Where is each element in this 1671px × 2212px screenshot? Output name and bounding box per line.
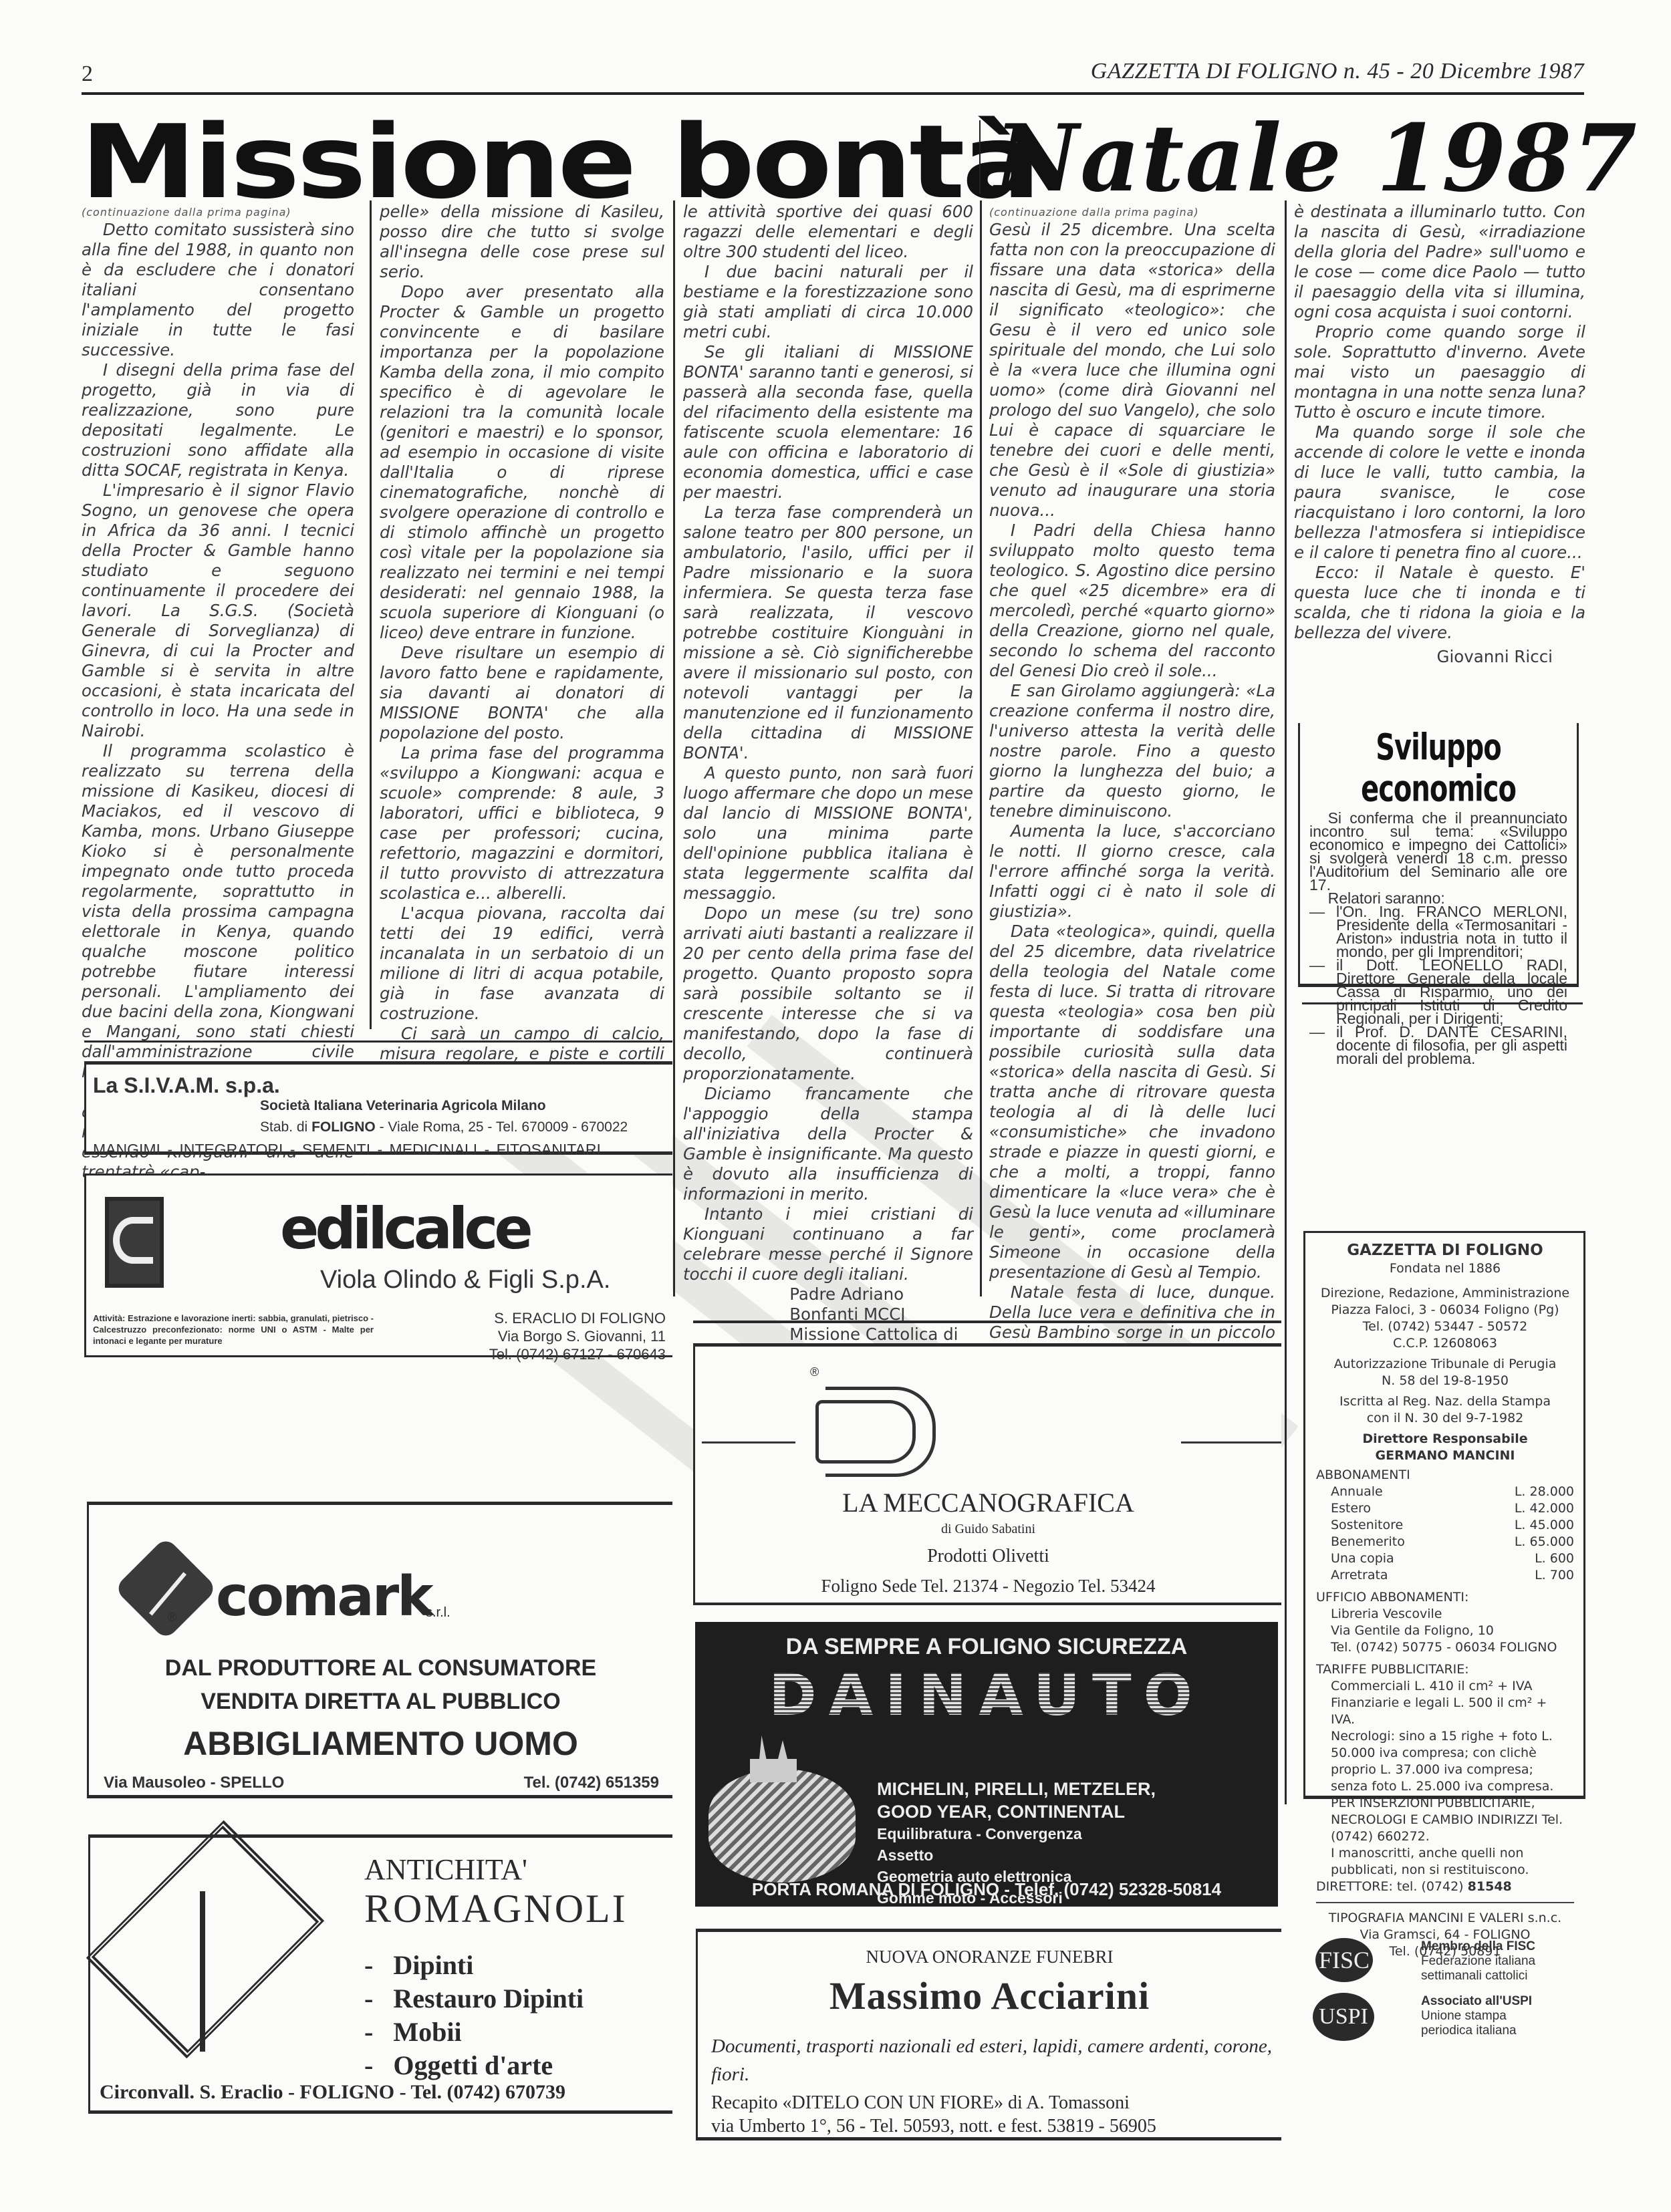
masthead: GAZZETTA DI FOLIGNO n. 45 - 20 Dicembre … bbox=[1091, 59, 1584, 84]
rate-line: Necrologi: sino a 15 righe + foto L. 50.… bbox=[1316, 1728, 1574, 1795]
paragraph: Gesù il 25 dicembre. Una scelta fatta no… bbox=[989, 220, 1275, 521]
subscription-row: EsteroL. 42.000 bbox=[1316, 1500, 1574, 1517]
rate-line: Finanziarie e legali L. 500 il cm² + IVA… bbox=[1316, 1695, 1574, 1728]
paragraph: le attività sportive dei quasi 600 ragaz… bbox=[683, 202, 973, 262]
paragraph: A questo punto, non sarà fuori luogo aff… bbox=[683, 763, 973, 904]
comark-headline: ABBIGLIAMENTO UOMO bbox=[89, 1724, 672, 1763]
dainauto-headline: DA SEMPRE A FOLIGNO SICUREZZA bbox=[695, 1634, 1278, 1660]
subscription-row: SostenitoreL. 45.000 bbox=[1316, 1517, 1574, 1534]
relatore: —l'On. Ing. FRANCO MERLONI, Presidente d… bbox=[1309, 905, 1567, 958]
membership-line: Unione stampa bbox=[1421, 2009, 1532, 2024]
office-label: UFFICIO ABBONAMENTI: bbox=[1316, 1589, 1574, 1606]
meccanografica-products: Prodotti Olivetti bbox=[695, 1546, 1281, 1567]
continuation-note: (continuazione dalla prima pagina) bbox=[989, 205, 1275, 220]
rates-label: TARIFFE PUBBLICITARIE: bbox=[1316, 1661, 1574, 1678]
column-rule bbox=[673, 200, 675, 1296]
edilcalce-logo-letter bbox=[113, 1217, 153, 1264]
subscription-row: AnnualeL. 28.000 bbox=[1316, 1484, 1574, 1500]
gazzetta-title: GAZZETTA DI FOLIGNO bbox=[1316, 1242, 1574, 1259]
printer-line: TIPOGRAFIA MANCINI E VALERI s.n.c. bbox=[1316, 1910, 1574, 1927]
column-rule bbox=[980, 200, 982, 1296]
romagnoli-logo-icon bbox=[86, 1820, 324, 2058]
rule-left bbox=[702, 1441, 795, 1443]
founded-year: Fondata nel 1886 bbox=[1316, 1260, 1574, 1277]
paragraph: L'acqua piovana, raccolta dai tetti dei … bbox=[380, 904, 664, 1024]
paragraph: Ecco: il Natale è questo. E' questa luce… bbox=[1294, 563, 1585, 643]
rate-line: PER INSERZIONI PUBBLICITARIE, NECROLOGI … bbox=[1316, 1795, 1574, 1845]
meccanografica-phones: Foligno Sede Tel. 21374 - Negozio Tel. 5… bbox=[695, 1576, 1281, 1597]
edilcalce-address-line: Tel. (0742) 67127 - 670643 bbox=[489, 1345, 666, 1363]
registered-mark: ® bbox=[168, 1611, 176, 1625]
office-line: Tel. (0742) 50775 - 06034 FOLIGNO bbox=[1316, 1639, 1574, 1656]
column-rule bbox=[370, 200, 372, 1029]
ad-comark: ® comark s.r.l. DAL PRODUTTORE AL CONSUM… bbox=[87, 1502, 672, 1798]
acciarini-name: Massimo Acciarini bbox=[698, 1973, 1281, 2018]
comark-phone: Tel. (0742) 651359 bbox=[524, 1774, 659, 1792]
sivam-products: MANGIMI - INTEGRATORI - SEMENTI - MEDICI… bbox=[93, 1141, 666, 1159]
membership-line: Federazione italiana bbox=[1421, 1954, 1535, 1969]
registration-line: Iscritta al Reg. Naz. della Stampa bbox=[1316, 1393, 1574, 1410]
paragraph: E san Girolamo aggiungerà: «La creazione… bbox=[989, 681, 1275, 821]
article-missione-col1: (continuazione dalla prima pagina) Detto… bbox=[82, 205, 354, 1182]
address-line: Direzione, Redazione, Amministrazione bbox=[1316, 1285, 1574, 1302]
comark-tagline: VENDITA DIRETTA AL PUBBLICO bbox=[89, 1689, 672, 1715]
subscription-row: BenemeritoL. 65.000 bbox=[1316, 1534, 1574, 1550]
membership-line: settimanali cattolici bbox=[1421, 1969, 1535, 1983]
fisc-logo-icon: FISC bbox=[1315, 1938, 1373, 1982]
director-name: GERMANO MANCINI bbox=[1316, 1447, 1574, 1464]
ad-meccanografica: ® LA MECCANOGRAFICA di Guido Sabatini Pr… bbox=[693, 1343, 1281, 1605]
comark-tagline: DAL PRODUTTORE AL CONSUMATORE bbox=[89, 1655, 672, 1681]
meccanografica-logo-outer bbox=[825, 1387, 936, 1477]
section-rule bbox=[84, 1041, 672, 1043]
article-natale-col1: (continuazione dalla prima pagina) Gesù … bbox=[989, 205, 1275, 1363]
registration-line: con il N. 30 del 9-7-1982 bbox=[1316, 1410, 1574, 1427]
sviluppo-economico-box: Sviluppo economico Si conferma che il pr… bbox=[1298, 723, 1579, 987]
romagnoli-item: - Dipinti bbox=[364, 1949, 584, 1982]
paragraph: Data «teologica», quindi, quella del 25 … bbox=[989, 922, 1275, 1282]
romagnoli-name: ROMAGNOLI bbox=[364, 1886, 628, 1932]
article-natale-col2: è destinata a illuminarlo tutto. Con la … bbox=[1294, 202, 1585, 667]
office-line: Via Gentile da Foligno, 10 bbox=[1316, 1623, 1574, 1639]
director-label: Direttore Responsabile bbox=[1316, 1431, 1574, 1447]
address-line: Piazza Faloci, 3 - 06034 Foligno (Pg) bbox=[1316, 1302, 1574, 1319]
tire-icon bbox=[709, 1769, 856, 1883]
ad-romagnoli: ANTICHITA' ROMAGNOLI - Dipinti - Restaur… bbox=[88, 1834, 672, 2114]
subscriptions-label: ABBONAMENTI bbox=[1316, 1467, 1574, 1484]
sivam-address: Stab. di FOLIGNO - Viale Roma, 25 - Tel.… bbox=[260, 1119, 666, 1135]
authorization-line: Autorizzazione Tribunale di Perugia bbox=[1316, 1356, 1574, 1373]
paragraph: Dopo un mese (su tre) sono arrivati aiut… bbox=[683, 904, 973, 1084]
subscription-row: ArretrataL. 700 bbox=[1316, 1567, 1574, 1584]
edilcalce-company: Viola Olindo & Figli S.p.A. bbox=[320, 1266, 610, 1294]
paragraph: Il programma scolastico è realizzato su … bbox=[82, 741, 354, 1082]
romagnoli-logo-inner bbox=[200, 1891, 205, 2052]
dainauto-service: Equilibratura - Convergenza bbox=[877, 1823, 1156, 1844]
headline-missione-bonta: Missione bontà bbox=[80, 112, 1038, 213]
acciarini-address: via Umberto 1°, 56 - Tel. 50593, nott. e… bbox=[711, 2116, 1156, 2137]
subscription-row: Una copiaL. 600 bbox=[1316, 1550, 1574, 1567]
relatore: —il Dott. LEONELLO RADI, Direttore Gener… bbox=[1309, 958, 1567, 1025]
membership-title: Membro della FISC bbox=[1421, 1939, 1535, 1954]
phone-line: Tel. (0742) 53447 - 50572 bbox=[1316, 1319, 1574, 1335]
article-missione-col2: pelle» della missione di Kasileu, posso … bbox=[380, 202, 664, 1084]
dainauto-footer: PORTA ROMANA DI FOLIGNO - Telef. (0742) … bbox=[695, 1879, 1278, 1900]
headline-natale-1987: Natale 1987 bbox=[995, 108, 1638, 209]
paragraph: I due bacini naturali per il bestiame e … bbox=[683, 262, 973, 342]
membership-title: Associato all'USPI bbox=[1421, 1994, 1532, 2009]
paragraph: I Padri della Chiesa hanno sviluppato mo… bbox=[989, 521, 1275, 681]
paragraph: pelle» della missione di Kasileu, posso … bbox=[380, 202, 664, 282]
ccp-line: C.C.P. 12608063 bbox=[1316, 1335, 1574, 1352]
paragraph: Intanto i miei cristiani di Kionguani co… bbox=[683, 1204, 973, 1284]
romagnoli-item: - Oggetti d'arte bbox=[364, 2049, 584, 2082]
ad-acciarini: NUOVA ONORANZE FUNEBRI Massimo Acciarini… bbox=[696, 1929, 1281, 2140]
ad-sivam: La S.I.V.A.M. s.p.a. Società Italiana Ve… bbox=[84, 1061, 672, 1155]
paragraph: I disegni della prima fase del progetto,… bbox=[82, 360, 354, 480]
edilcalce-brand: edilcalce bbox=[280, 1196, 529, 1262]
paragraph: Proprio come quando sorge il sole. Sopra… bbox=[1294, 322, 1585, 422]
membership-fisc: FISC Membro della FISC Federazione itali… bbox=[1310, 1938, 1591, 1991]
gazzetta-info-box: GAZZETTA DI FOLIGNO Fondata nel 1886 Dir… bbox=[1303, 1231, 1585, 1799]
paragraph: Detto comitato sussisterà sino alla fine… bbox=[82, 220, 354, 360]
edilcalce-address-line: Via Borgo S. Giovanni, 11 bbox=[489, 1327, 666, 1345]
section-rule bbox=[1302, 1002, 1583, 1004]
comark-suffix: s.r.l. bbox=[426, 1605, 451, 1621]
rate-line: I manoscritti, anche quelli non pubblica… bbox=[1316, 1845, 1574, 1879]
rule-right bbox=[1181, 1441, 1281, 1443]
page-number: 2 bbox=[82, 61, 93, 87]
edilcalce-address-line: S. ERACLIO DI FOLIGNO bbox=[489, 1309, 666, 1327]
meccanografica-owner: di Guido Sabatini bbox=[695, 1522, 1281, 1537]
header-rule bbox=[82, 92, 1584, 95]
ad-edilcalce: edilcalce Viola Olindo & Figli S.p.A. At… bbox=[84, 1173, 672, 1357]
membership-uspi: USPI Associato all'USPI Unione stampa pe… bbox=[1310, 1993, 1591, 2046]
section-rule bbox=[693, 1321, 1281, 1323]
divider bbox=[1316, 1902, 1574, 1903]
paragraph: L'impresario è il signor Flavio Sogno, u… bbox=[82, 480, 354, 741]
dainauto-brands: MICHELIN, PIRELLI, METZELER, bbox=[877, 1778, 1156, 1800]
comark-logo-icon bbox=[114, 1536, 218, 1641]
registered-mark: ® bbox=[810, 1365, 819, 1379]
continuation-note: (continuazione dalla prima pagina) bbox=[82, 205, 354, 220]
comark-address: Via Mausoleo - SPELLO bbox=[104, 1774, 284, 1792]
romagnoli-address: Circonvall. S. Eraclio - FOLIGNO - Tel. … bbox=[100, 2081, 565, 2104]
paragraph: La prima fase del programma «sviluppo a … bbox=[380, 743, 664, 904]
romagnoli-item: - Restauro Dipinti bbox=[364, 1982, 584, 2016]
comark-brand: comark bbox=[216, 1565, 432, 1629]
paragraph: La terza fase comprenderà un salone teat… bbox=[683, 503, 973, 763]
acciarini-kicker: NUOVA ONORANZE FUNEBRI bbox=[698, 1947, 1281, 1967]
office-line: Libreria Vescovile bbox=[1316, 1606, 1574, 1623]
romagnoli-kicker: ANTICHITA' bbox=[364, 1852, 527, 1887]
article-missione-col3: le attività sportive dei quasi 600 ragaz… bbox=[683, 202, 973, 1425]
acciarini-services: Documenti, trasporti nazionali ed esteri… bbox=[711, 2032, 1272, 2088]
sivam-subtitle: Società Italiana Veterinaria Agricola Mi… bbox=[260, 1098, 666, 1114]
headline-divider bbox=[979, 120, 981, 194]
paragraph: Ma quando sorge il sole che accende di c… bbox=[1294, 422, 1585, 563]
dainauto-brands: GOOD YEAR, CONTINENTAL bbox=[877, 1800, 1156, 1823]
column-rule bbox=[1285, 200, 1287, 1804]
author: Giovanni Ricci bbox=[1294, 647, 1585, 667]
authorization-line: N. 58 del 19-8-1950 bbox=[1316, 1373, 1574, 1389]
membership-line: periodica italiana bbox=[1421, 2024, 1532, 2038]
relatore: —il Prof. D. DANTE CESARINI, docente di … bbox=[1309, 1025, 1567, 1065]
dainauto-brand: DAINAUTO bbox=[695, 1662, 1278, 1729]
edilcalce-activity: Attività: Estrazione e lavorazione inert… bbox=[93, 1312, 374, 1347]
announcement: Si conferma che il preannunciato incontr… bbox=[1309, 811, 1567, 891]
ad-dainauto: DA SEMPRE A FOLIGNO SICUREZZA DAINAUTO M… bbox=[695, 1622, 1278, 1907]
rate-line: Commerciali L. 410 il cm² + IVA bbox=[1316, 1678, 1574, 1695]
uspi-logo-icon: USPI bbox=[1313, 1993, 1374, 2041]
paragraph: è destinata a illuminarlo tutto. Con la … bbox=[1294, 202, 1585, 322]
sivam-name: La S.I.V.A.M. s.p.a. bbox=[93, 1074, 666, 1097]
director-phone: DIRETTORE: tel. (0742) 81548 bbox=[1316, 1879, 1574, 1895]
paragraph: Dopo aver presentato alla Procter & Gamb… bbox=[380, 282, 664, 643]
church-icon bbox=[750, 1736, 797, 1782]
paragraph: Deve risultare un esempio di lavoro fatt… bbox=[380, 643, 664, 743]
paragraph: Diciamo francamente che l'appoggio della… bbox=[683, 1084, 973, 1204]
meccanografica-name: LA MECCANOGRAFICA bbox=[695, 1487, 1281, 1518]
box-title: Sviluppo economico bbox=[1309, 727, 1567, 810]
dainauto-service: Assetto bbox=[877, 1844, 1156, 1866]
signature-line: Padre Adriano Bonfanti MCCJ bbox=[683, 1284, 973, 1325]
paragraph: Aumenta la luce, s'accorciano le notti. … bbox=[989, 821, 1275, 922]
romagnoli-item: - Mobii bbox=[364, 2016, 584, 2049]
acciarini-address: Recapito «DITELO CON UN FIORE» di A. Tom… bbox=[711, 2092, 1130, 2114]
paragraph: Se gli italiani di MISSIONE BONTA' saran… bbox=[683, 342, 973, 503]
